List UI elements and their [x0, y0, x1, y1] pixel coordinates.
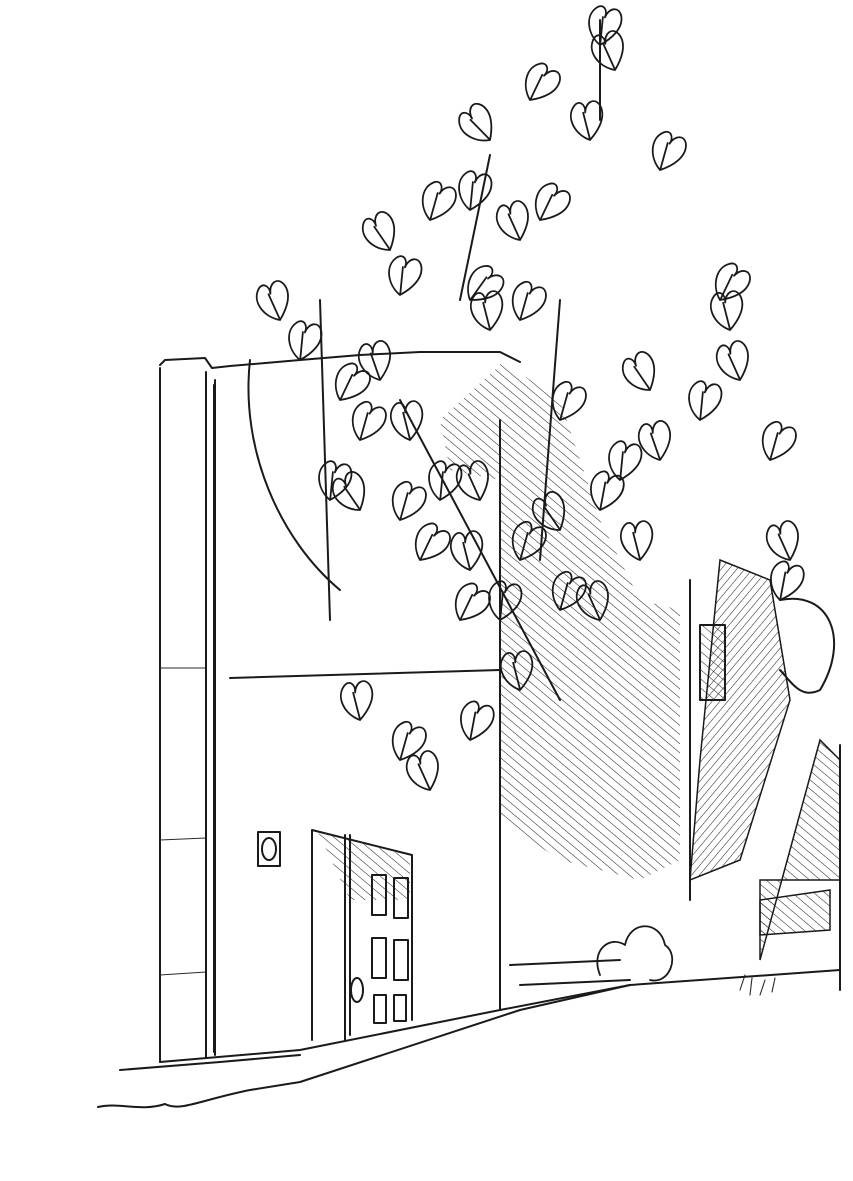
wall-vent	[258, 832, 280, 866]
neighbouring-building	[690, 560, 840, 990]
doorway	[312, 830, 412, 1040]
ground-line	[98, 960, 840, 1107]
drainpipe	[206, 385, 214, 1055]
shrub	[597, 926, 775, 995]
ink-sketch	[0, 0, 853, 1181]
cast-shadow	[440, 360, 680, 880]
